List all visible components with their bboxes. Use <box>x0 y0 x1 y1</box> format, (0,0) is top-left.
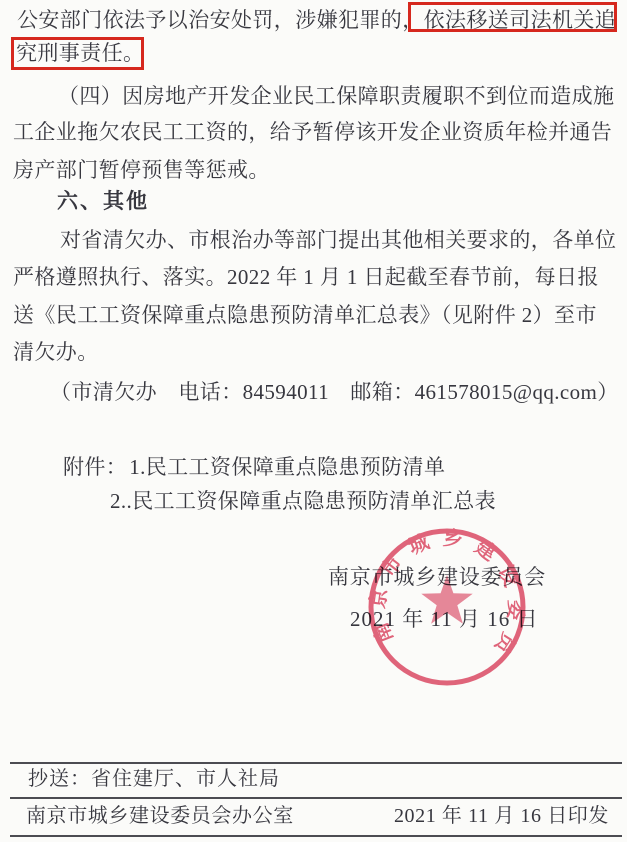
body-line: （四）因房地产开发企业民工保障职责履职不到位而造成施 <box>58 81 614 111</box>
attachment-item: 1.民工工资保障重点隐患预防清单 <box>129 455 445 479</box>
body-line: 送《民工工资保障重点隐患预防清单汇总表》（见附件 2）至市 <box>13 300 597 330</box>
separator-rule <box>10 797 622 799</box>
cc-line: 抄送：省住建厅、市人社局 <box>28 764 280 794</box>
seal-star-icon <box>421 575 472 624</box>
separator-rule <box>10 835 622 837</box>
body-line: 房产部门暂停预售等惩戒。 <box>13 155 270 185</box>
attachment-item: 2..民工工资保障重点隐患预防清单汇总表 <box>110 486 496 516</box>
office-name: 南京市城乡建设委员会办公室 <box>26 801 294 831</box>
body-line: 严格遵照执行、落实。2022 年 1 月 1 日起截至春节前，每日报 <box>13 262 599 292</box>
attachment-label: 附件： <box>63 455 127 479</box>
highlight-box-2 <box>11 37 144 70</box>
highlight-box-1 <box>408 2 617 32</box>
body-line: 清欠办。 <box>13 337 99 367</box>
section-heading: 六、其他 <box>57 187 149 217</box>
document-page: 公安部门依法予以治安处罚，涉嫌犯罪的，依法移送司法机关追 究刑事责任。 （四）因… <box>0 0 627 842</box>
official-seal: 南京市城乡建设委员会 <box>362 522 532 692</box>
attachment-line: 附件：1.民工工资保障重点隐患预防清单 <box>63 452 445 482</box>
body-line: 对省清欠办、市根治办等部门提出其他相关要求的，各单位 <box>60 225 616 255</box>
print-date: 2021 年 11 月 16 日印发 <box>394 801 609 831</box>
contact-line: （市清欠办 电话：84594011 邮箱：461578015@qq.com） <box>50 377 619 407</box>
body-line: 工企业拖欠农民工工资的，给予暂停该开发企业资质年检并通告 <box>13 117 612 147</box>
